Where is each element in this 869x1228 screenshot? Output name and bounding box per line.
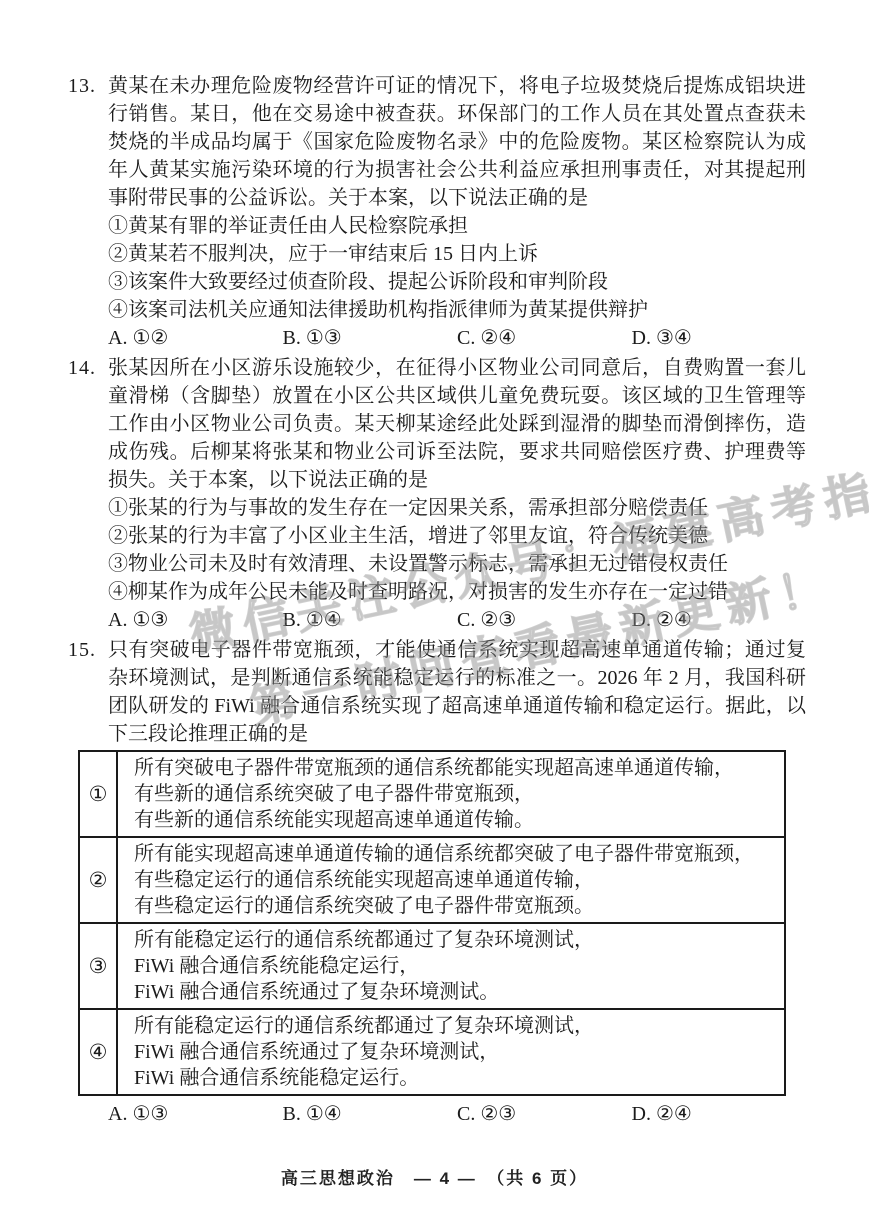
row-content: 所有能实现超高速单通道传输的通信系统都突破了电子器件带宽瓶颈， 有些稳定运行的通… <box>118 838 784 922</box>
table-row-3: ③ 所有能稳定运行的通信系统都通过了复杂环境测试， FiWi 融合通信系统能稳定… <box>80 922 784 1008</box>
row-content: 所有能稳定运行的通信系统都通过了复杂环境测试， FiWi 融合通信系统能稳定运行… <box>118 924 784 1008</box>
conclusion-line: FiWi 融合通信系统通过了复杂环境测试。 <box>134 979 776 1005</box>
choice-row: A. ①② B. ①③ C. ②④ D. ③④ <box>108 324 806 352</box>
premise-line-1: 所有能实现超高速单通道传输的通信系统都突破了电子器件带宽瓶颈， <box>134 841 776 867</box>
option-item-4: ④该案司法机关应通知法律援助机构指派律师为黄某提供辩护 <box>108 296 806 324</box>
row-number-label: ① <box>80 752 118 836</box>
option-item-2: ②黄某若不服判决，应于一审结束后 15 日内上诉 <box>108 240 806 268</box>
row-number-label: ④ <box>80 1010 118 1094</box>
premise-line-2: 有些新的通信系统突破了电子器件带宽瓶颈， <box>134 781 776 807</box>
conclusion-line: 有些新的通信系统能实现超高速单通道传输。 <box>134 807 776 833</box>
question-13: 13. 黄某在未办理危险废物经营许可证的情况下，将电子垃圾焚烧后提炼成铝块进行销… <box>68 72 806 352</box>
exam-page: 微信关注公众号：福建高考指南！ 第一时间查看最新更新！ 13. 黄某在未办理危险… <box>0 0 869 1228</box>
premise-line-1: 所有突破电子器件带宽瓶颈的通信系统都能实现超高速单通道传输， <box>134 755 776 781</box>
option-item-3: ③该案件大致要经过侦查阶段、提起公诉阶段和审判阶段 <box>108 268 806 296</box>
row-content: 所有突破电子器件带宽瓶颈的通信系统都能实现超高速单通道传输， 有些新的通信系统突… <box>118 752 784 836</box>
choice-a: A. ①② <box>108 324 283 352</box>
choice-c: C. ②④ <box>457 324 632 352</box>
question-number: 14. <box>68 354 96 382</box>
option-item-1: ①黄某有罪的举证责任由人民检察院承担 <box>108 212 806 240</box>
table-row-1: ① 所有突破电子器件带宽瓶颈的通信系统都能实现超高速单通道传输， 有些新的通信系… <box>80 752 784 836</box>
page-footer: 高三思想政治 — 4 — （共 6 页） <box>0 1164 869 1189</box>
premise-line-2: FiWi 融合通信系统能稳定运行， <box>134 953 776 979</box>
choice-b: B. ①③ <box>283 324 458 352</box>
row-content: 所有能稳定运行的通信系统都通过了复杂环境测试， FiWi 融合通信系统通过了复杂… <box>118 1010 784 1094</box>
question-15: 15. 只有突破电子器件带宽瓶颈，才能使通信系统实现超高速单通道传输；通过复杂环… <box>68 636 806 1128</box>
conclusion-line: FiWi 融合通信系统能稳定运行。 <box>134 1065 776 1091</box>
option-item-2: ②张某的行为丰富了小区业主生活，增进了邻里友谊，符合传统美德 <box>108 522 806 550</box>
table-row-4: ④ 所有能稳定运行的通信系统都通过了复杂环境测试， FiWi 融合通信系统通过了… <box>80 1008 784 1094</box>
choice-d: D. ③④ <box>632 324 807 352</box>
choice-b: B. ①④ <box>283 1100 458 1128</box>
question-14: 14. 张某因所在小区游乐设施较少，在征得小区物业公司同意后，自费购置一套儿童滑… <box>68 354 806 634</box>
row-number-label: ③ <box>80 924 118 1008</box>
choice-c: C. ②③ <box>457 1100 632 1128</box>
choice-c: C. ②③ <box>457 606 632 634</box>
choice-row: A. ①③ B. ①④ C. ②③ D. ②④ <box>108 606 806 634</box>
premise-line-2: FiWi 融合通信系统通过了复杂环境测试， <box>134 1039 776 1065</box>
question-stem: 黄某在未办理危险废物经营许可证的情况下，将电子垃圾焚烧后提炼成铝块进行销售。某日… <box>108 72 806 212</box>
choice-b: B. ①④ <box>283 606 458 634</box>
premise-line-2: 有些稳定运行的通信系统能实现超高速单通道传输， <box>134 867 776 893</box>
option-item-4: ④柳某作为成年公民未能及时查明路况，对损害的发生亦存在一定过错 <box>108 578 806 606</box>
choice-a: A. ①③ <box>108 1100 283 1128</box>
premise-line-1: 所有能稳定运行的通信系统都通过了复杂环境测试， <box>134 1013 776 1039</box>
question-stem: 只有突破电子器件带宽瓶颈，才能使通信系统实现超高速单通道传输；通过复杂环境测试，… <box>108 636 806 748</box>
choice-d: D. ②④ <box>632 1100 807 1128</box>
option-item-3: ③物业公司未及时有效清理、未设置警示标志，需承担无过错侵权责任 <box>108 550 806 578</box>
premise-line-1: 所有能稳定运行的通信系统都通过了复杂环境测试， <box>134 927 776 953</box>
question-number: 13. <box>68 72 96 100</box>
conclusion-line: 有些稳定运行的通信系统突破了电子器件带宽瓶颈。 <box>134 893 776 919</box>
choice-d: D. ②④ <box>632 606 807 634</box>
row-number-label: ② <box>80 838 118 922</box>
question-stem: 张某因所在小区游乐设施较少，在征得小区物业公司同意后，自费购置一套儿童滑梯（含脚… <box>108 354 806 494</box>
choice-row: A. ①③ B. ①④ C. ②③ D. ②④ <box>108 1100 806 1128</box>
question-number: 15. <box>68 636 96 664</box>
choice-a: A. ①③ <box>108 606 283 634</box>
table-row-2: ② 所有能实现超高速单通道传输的通信系统都突破了电子器件带宽瓶颈， 有些稳定运行… <box>80 836 784 922</box>
option-item-1: ①张某的行为与事故的发生存在一定因果关系，需承担部分赔偿责任 <box>108 494 806 522</box>
syllogism-table: ① 所有突破电子器件带宽瓶颈的通信系统都能实现超高速单通道传输， 有些新的通信系… <box>78 750 786 1096</box>
